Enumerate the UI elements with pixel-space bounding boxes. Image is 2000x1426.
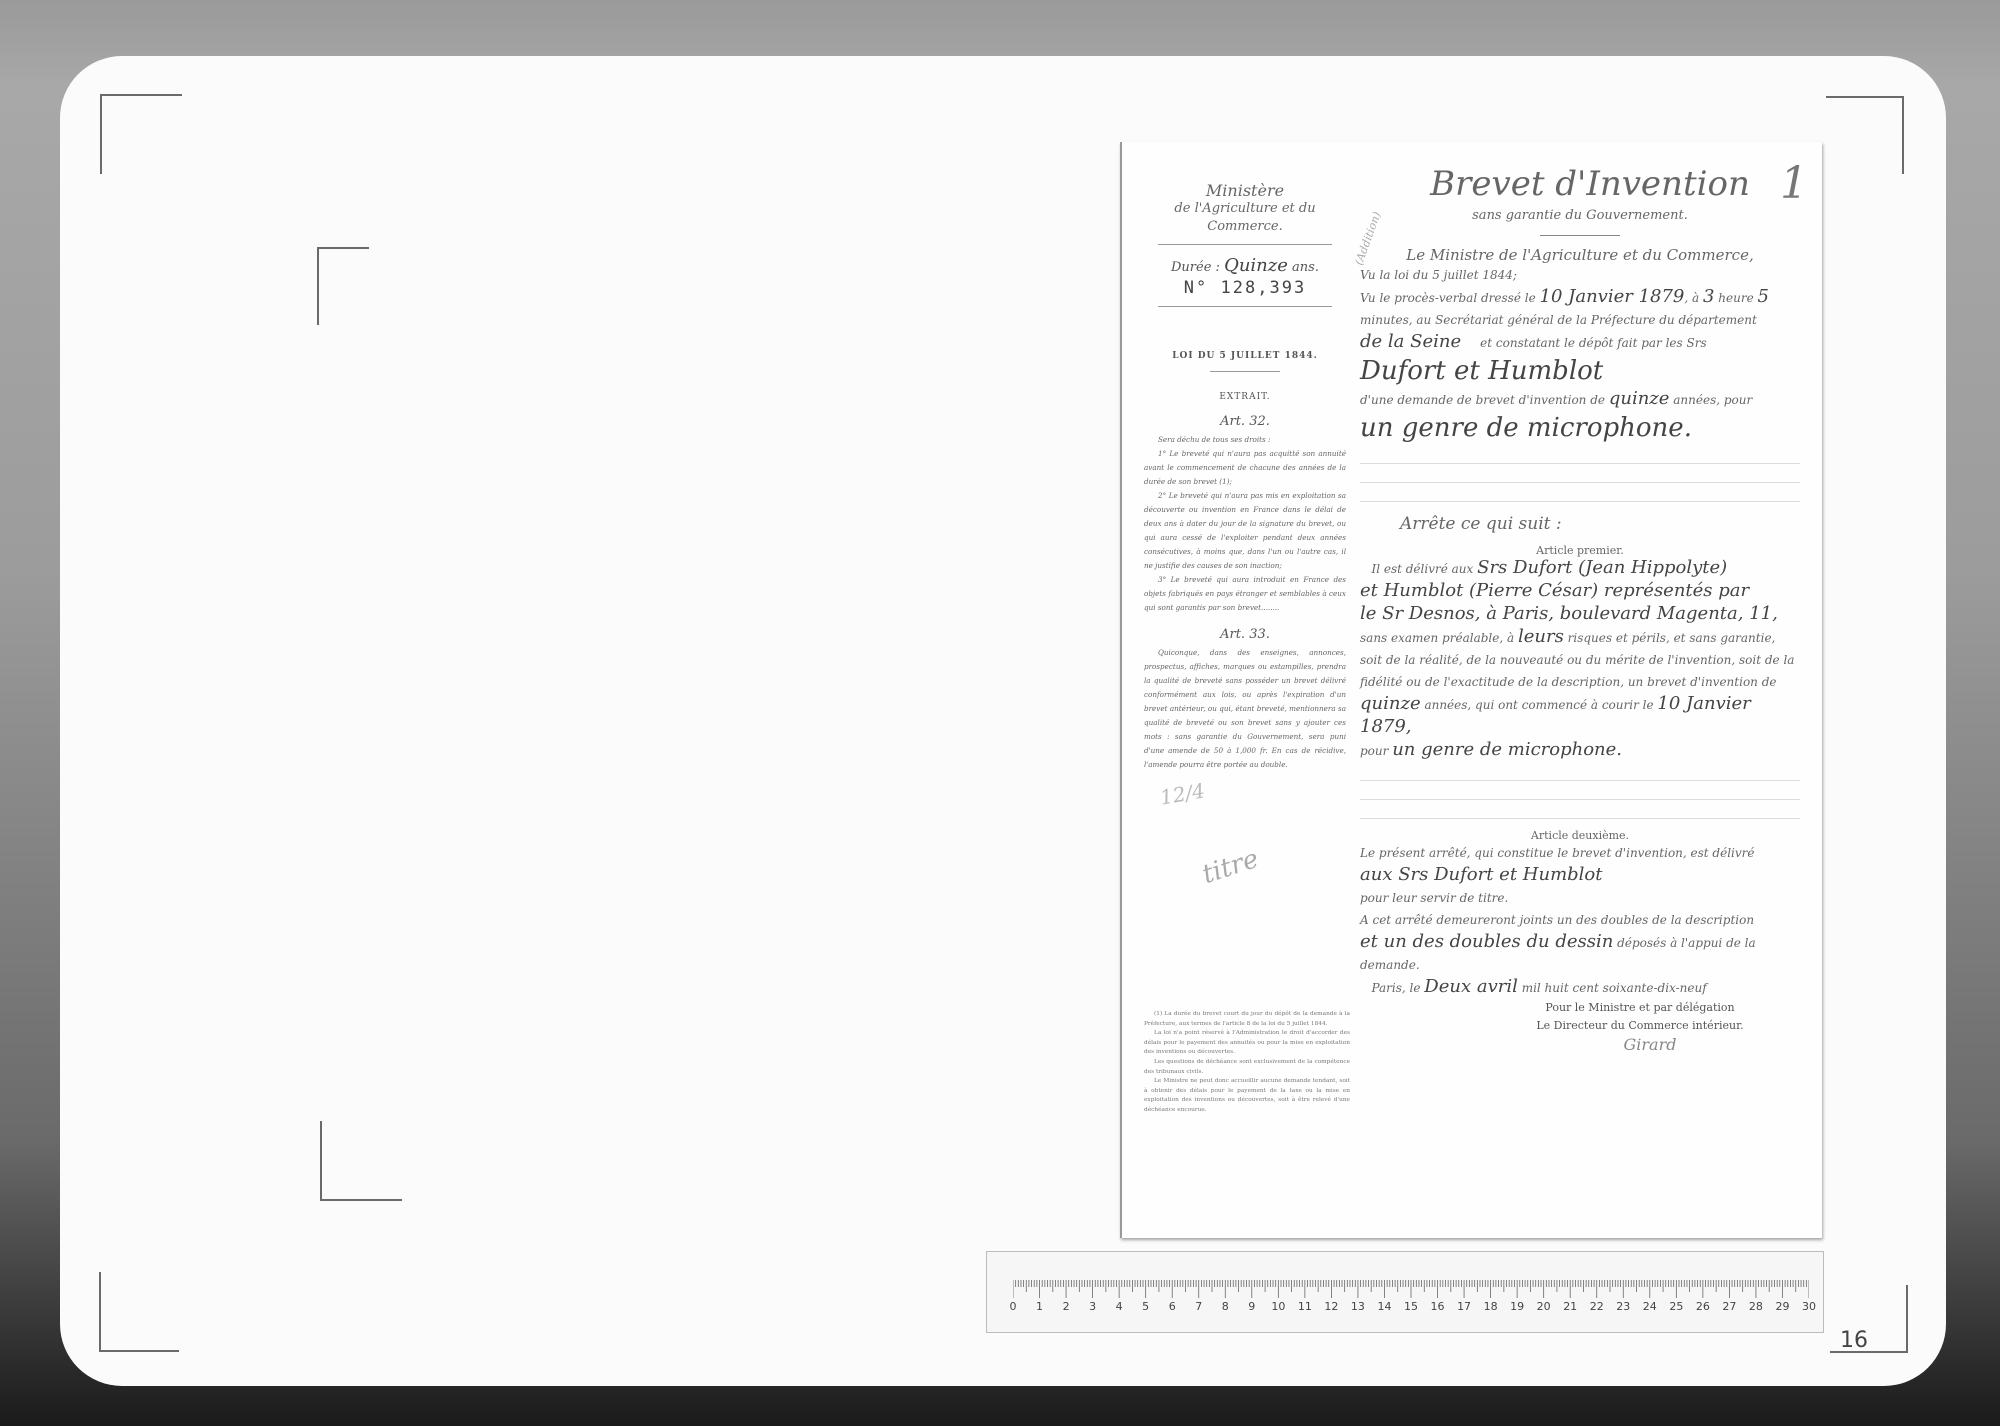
ministry-line-2: de l'Agriculture et du Commerce. xyxy=(1140,200,1350,236)
paris-date: Paris, le Deux avril mil huit cent soixa… xyxy=(1360,976,1800,999)
ruler-label: 16 xyxy=(1431,1300,1445,1313)
ruler-label: 15 xyxy=(1404,1300,1418,1313)
article1-body: sans examen préalable, à leurs risques e… xyxy=(1360,626,1800,739)
art32-para: 3° Le breveté qui aura introduit en Fran… xyxy=(1144,573,1346,615)
applicants: Dufort et Humblot xyxy=(1360,354,1800,388)
ruler-label: 23 xyxy=(1616,1300,1630,1313)
handwritten: aux Srs Dufort et Humblot xyxy=(1360,864,1603,885)
handwritten: et Humblot (Pierre César) représentés pa… xyxy=(1360,580,1749,601)
duration-label: Durée : xyxy=(1171,260,1220,275)
ruler-label: 9 xyxy=(1248,1300,1255,1313)
vu-loi: Vu la loi du 5 juillet 1844; xyxy=(1360,264,1800,286)
art32-text: Sera déchu de tous ses droits : 1° Le br… xyxy=(1140,433,1350,615)
ruled-line xyxy=(1360,483,1800,502)
invention-object: un genre de microphone. xyxy=(1360,411,1800,445)
ruled-line xyxy=(1360,781,1800,800)
art33-text: Quiconque, dans des enseignes, annonces,… xyxy=(1140,646,1350,772)
handwritten: quinze xyxy=(1360,693,1421,714)
ruler-label: 4 xyxy=(1116,1300,1123,1313)
ruler-label: 13 xyxy=(1351,1300,1365,1313)
art32-heading: Art. 32. xyxy=(1140,414,1350,429)
footnote: Les questions de déchéance sont exclusiv… xyxy=(1144,1058,1350,1077)
article2-text: pour leur servir de titre. xyxy=(1360,887,1800,909)
patent-number: N° 128,393 xyxy=(1140,278,1350,298)
crop-mark-top-left-inner xyxy=(317,247,369,325)
ruler-label: 19 xyxy=(1510,1300,1524,1313)
left-column: Ministère de l'Agriculture et du Commerc… xyxy=(1140,182,1350,772)
handwritten: Deux avril xyxy=(1424,976,1518,997)
ruler-label: 20 xyxy=(1537,1300,1551,1313)
department-line: de la Seine et constatant le dépôt fait … xyxy=(1360,331,1800,354)
text: pour xyxy=(1360,744,1388,758)
minutes-text: minutes, au Secrétariat général de la Pr… xyxy=(1360,309,1800,331)
department: de la Seine xyxy=(1360,331,1461,352)
art32-para: 1° Le breveté qui n'aura pas acquitté so… xyxy=(1144,447,1346,489)
ruler-label: 24 xyxy=(1643,1300,1657,1313)
years: quinze xyxy=(1609,388,1670,409)
ruler-label: 5 xyxy=(1142,1300,1149,1313)
deposit-date: 10 Janvier 1879 xyxy=(1540,286,1685,307)
ruler-label: 1 xyxy=(1036,1300,1043,1313)
article1-heading: Article premier. xyxy=(1360,544,1800,557)
ruler-label: 14 xyxy=(1377,1300,1391,1313)
ruler-label: 30 xyxy=(1802,1300,1816,1313)
divider xyxy=(1210,371,1280,372)
divider xyxy=(1158,244,1332,245)
ruler-ticks xyxy=(1013,1280,1809,1298)
divider xyxy=(1158,306,1332,307)
minister-line: Le Ministre de l'Agriculture et du Comme… xyxy=(1360,246,1800,264)
document-subtitle: sans garantie du Gouvernement. xyxy=(1360,208,1800,223)
delegation-line: Pour le Ministre et par délégation xyxy=(1480,999,1800,1017)
ruler-label: 25 xyxy=(1669,1300,1683,1313)
footnote: La loi n'a point réservé à l'Administrat… xyxy=(1144,1029,1350,1058)
text: Paris, le xyxy=(1371,981,1420,995)
right-column: 1 Brevet d'Invention sans garantie du Go… xyxy=(1360,164,1800,1054)
ruler-label: 28 xyxy=(1749,1300,1763,1313)
signature: Girard xyxy=(1500,1035,1800,1054)
vu-proces-verbal: Vu le procès-verbal dressé le 10 Janvier… xyxy=(1360,286,1800,309)
article2-heading: Article deuxième. xyxy=(1360,829,1800,842)
footnotes: (1) La durée du brevet court du jour du … xyxy=(1144,1010,1350,1116)
handwritten: Srs Dufort (Jean Hippolyte) xyxy=(1477,557,1727,578)
ruled-line xyxy=(1360,445,1800,464)
article2-text: Le présent arrêté, qui constitue le brev… xyxy=(1360,842,1800,864)
ruler-label: 12 xyxy=(1324,1300,1338,1313)
handwritten: le Sr Desnos, à Paris, boulevard Magenta… xyxy=(1360,603,1778,624)
text: Il est délivré aux xyxy=(1371,562,1473,576)
ruler-label: 7 xyxy=(1195,1300,1202,1313)
ruler-label: 27 xyxy=(1722,1300,1736,1313)
ruler-label: 2 xyxy=(1063,1300,1070,1313)
ruler-label: 0 xyxy=(1010,1300,1017,1313)
ruled-line xyxy=(1360,800,1800,819)
crop-mark-top-right xyxy=(1826,96,1904,174)
text: Vu le procès-verbal dressé le xyxy=(1360,291,1536,305)
art33-heading: Art. 33. xyxy=(1140,627,1350,642)
hours: 3 xyxy=(1703,286,1714,307)
crop-mark-top-left-outer xyxy=(100,94,182,174)
extract-heading: EXTRAIT. xyxy=(1140,392,1350,402)
ruler-label: 26 xyxy=(1696,1300,1710,1313)
ruler-label: 3 xyxy=(1089,1300,1096,1313)
pencil-note: titre xyxy=(1199,844,1263,890)
demande-line: d'une demande de brevet d'invention de q… xyxy=(1360,388,1800,411)
ornament xyxy=(1540,235,1620,236)
ruler-label: 21 xyxy=(1563,1300,1577,1313)
crop-mark-bottom-left-inner xyxy=(320,1121,402,1201)
ministry-header: Ministère de l'Agriculture et du Commerc… xyxy=(1140,182,1350,236)
number-value: 128,393 xyxy=(1221,278,1307,298)
minutes: 5 xyxy=(1758,286,1769,307)
art32-para: Sera déchu de tous ses droits : xyxy=(1144,433,1346,447)
law-heading: LOI DU 5 JUILLET 1844. xyxy=(1140,351,1350,361)
footnote: Le Ministre ne peut donc accueillir aucu… xyxy=(1144,1077,1350,1115)
text: , à xyxy=(1684,291,1699,305)
duration-value: Quinze xyxy=(1224,255,1288,276)
measuring-ruler: 0123456789101112131415161718192021222324… xyxy=(986,1251,1824,1333)
handwritten: un genre de microphone. xyxy=(1392,739,1622,760)
number-label: N° xyxy=(1184,278,1208,298)
text: années, pour xyxy=(1673,393,1752,407)
delegation: Pour le Ministre et par délégation Le Di… xyxy=(1480,999,1800,1035)
ruler-label: 22 xyxy=(1590,1300,1604,1313)
art32-para: 2° Le breveté qui n'aura pas mis en expl… xyxy=(1144,489,1346,573)
arrete-heading: Arrête ce qui suit : xyxy=(1400,514,1800,534)
text: sans examen préalable, à xyxy=(1360,631,1514,645)
article2-annex: et un des doubles du dessin déposés à l'… xyxy=(1360,931,1800,976)
document-title: Brevet d'Invention xyxy=(1380,164,1800,204)
article1-intro: Il est délivré aux Srs Dufort (Jean Hipp… xyxy=(1360,557,1800,580)
ruler-label: 8 xyxy=(1222,1300,1229,1313)
ruler-label: 11 xyxy=(1298,1300,1312,1313)
ministry-line-1: Ministère xyxy=(1140,182,1350,200)
crop-mark-bottom-left-outer xyxy=(99,1272,179,1352)
text: d'une demande de brevet d'invention de xyxy=(1360,393,1605,407)
footnote: (1) La durée du brevet court du jour du … xyxy=(1144,1010,1350,1029)
sheet-mark: 1 xyxy=(1780,158,1808,209)
article1-object: pour un genre de microphone. xyxy=(1360,739,1800,762)
text: heure xyxy=(1718,291,1753,305)
handwritten: et un des doubles du dessin xyxy=(1360,931,1613,952)
ruler-label: 10 xyxy=(1271,1300,1285,1313)
art33-para: Quiconque, dans des enseignes, annonces,… xyxy=(1144,646,1346,772)
duration-unit: ans. xyxy=(1292,260,1319,275)
ruler-label: 17 xyxy=(1457,1300,1471,1313)
ruled-line xyxy=(1360,762,1800,781)
text: années, qui ont commencé à courir le xyxy=(1424,698,1653,712)
handwritten: leurs xyxy=(1518,626,1564,647)
article2-text: A cet arrêté demeureront joints un des d… xyxy=(1360,909,1800,931)
ruled-line xyxy=(1360,464,1800,483)
page-number: 16 xyxy=(1840,1328,1868,1353)
pencil-note: 12/4 xyxy=(1158,778,1206,809)
patent-document: Ministère de l'Agriculture et du Commerc… xyxy=(1120,142,1822,1238)
ruler-label: 29 xyxy=(1775,1300,1789,1313)
ruler-label: 6 xyxy=(1169,1300,1176,1313)
delegation-line: Le Directeur du Commerce intérieur. xyxy=(1480,1017,1800,1035)
text: et constatant le dépôt fait par les Srs xyxy=(1480,336,1706,350)
text: mil huit cent soixante-dix-neuf xyxy=(1522,981,1707,995)
duration: Durée : Quinze ans. xyxy=(1140,255,1350,276)
ruler-label: 18 xyxy=(1484,1300,1498,1313)
